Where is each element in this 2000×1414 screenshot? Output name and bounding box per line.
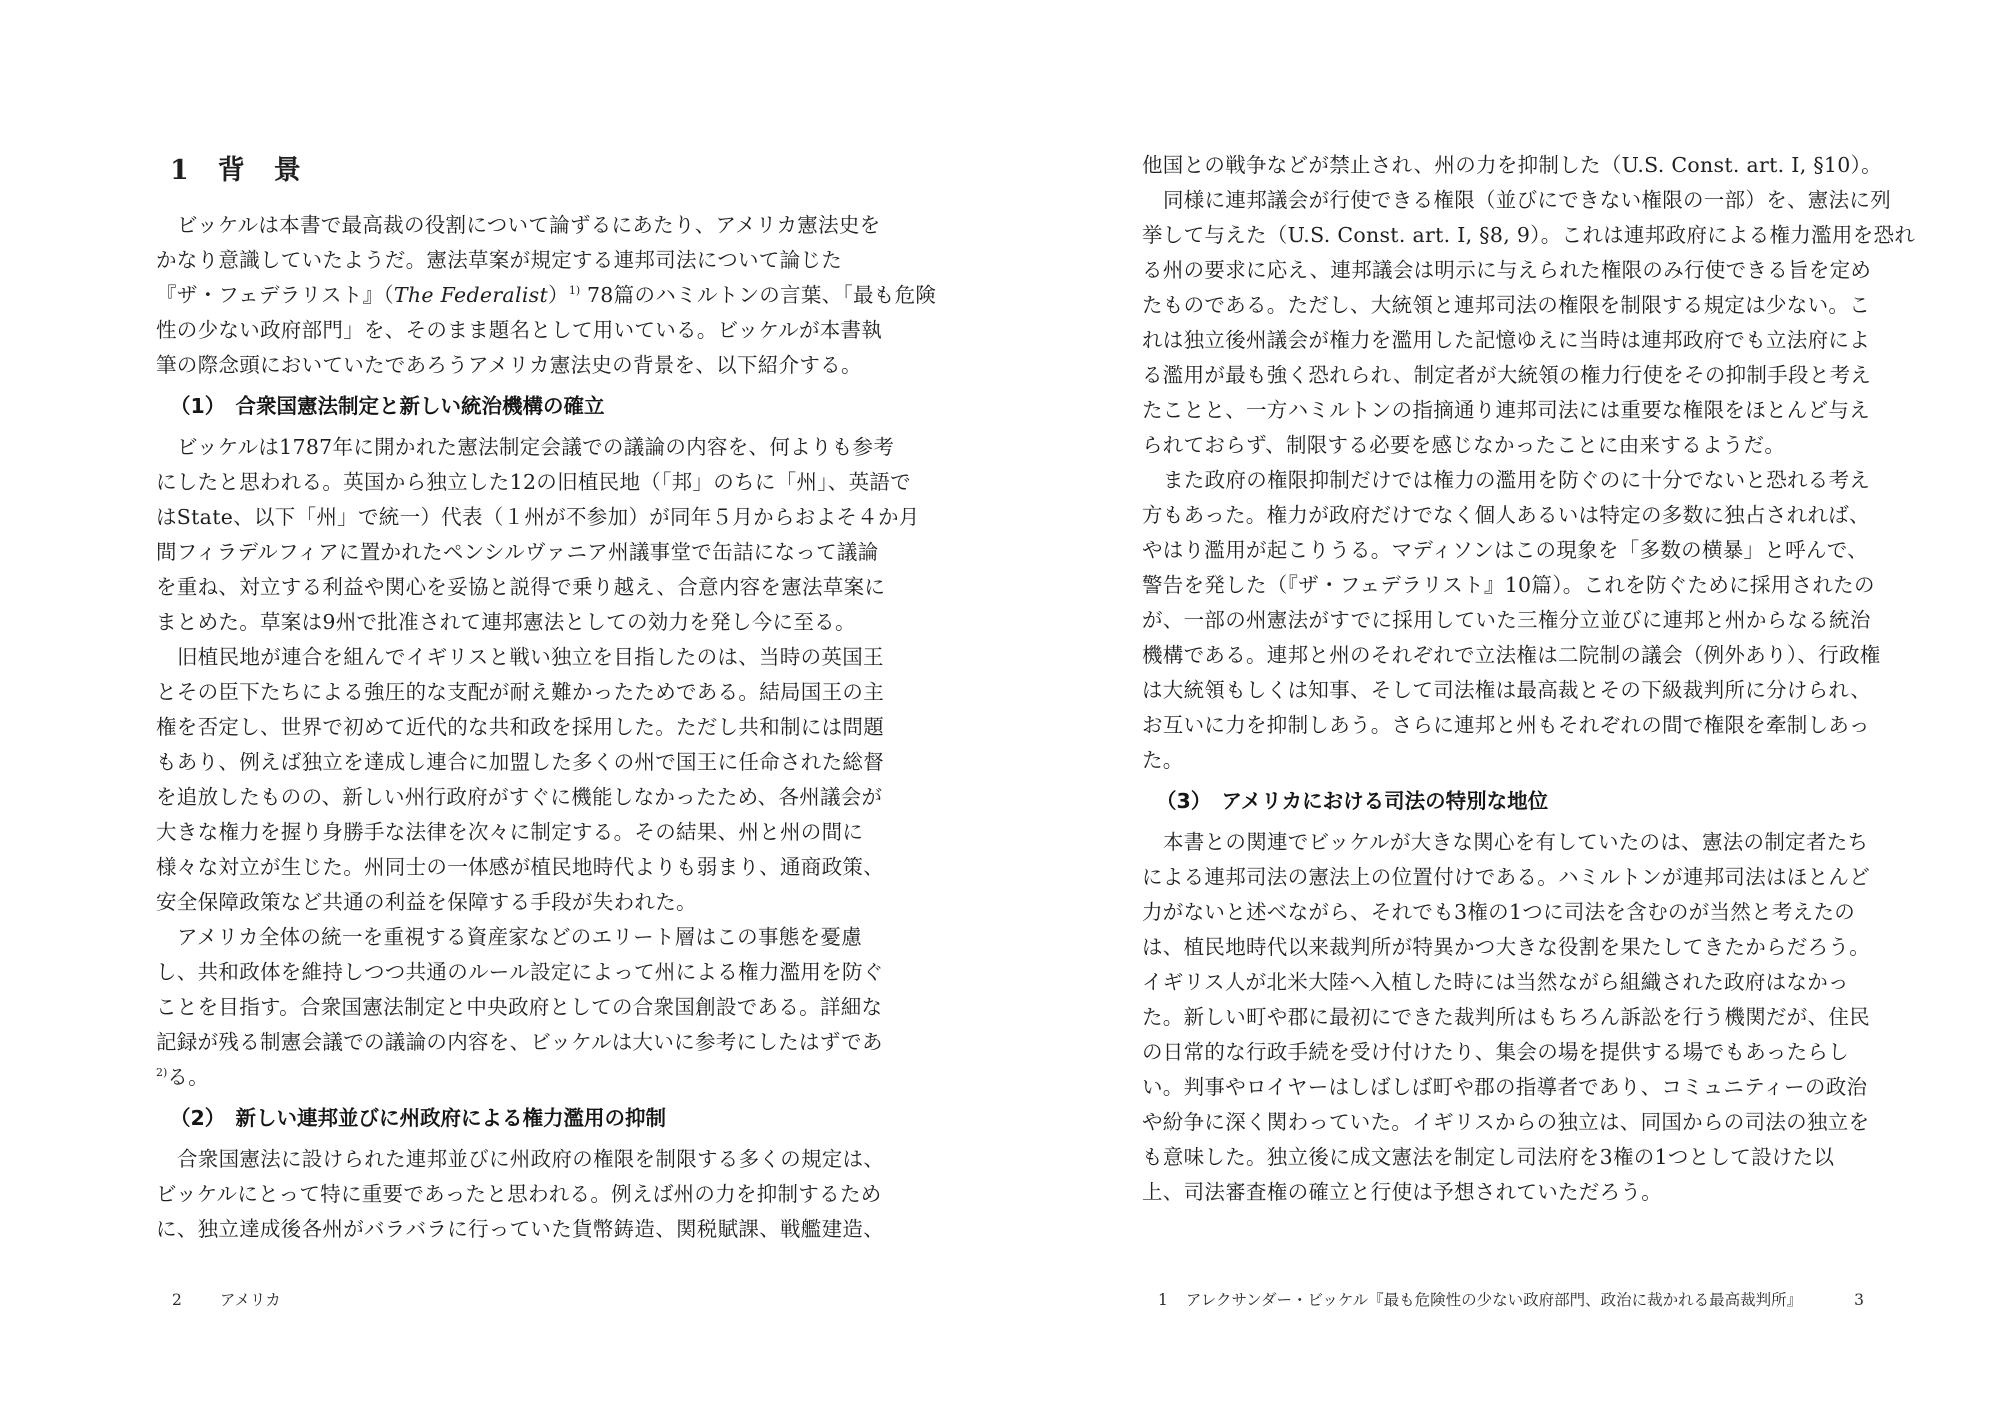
text-line: とその臣下たちによる強圧的な支配が耐え難かったためである。結局国王の主 bbox=[156, 675, 868, 710]
left-page: 1 背 景ビッケルは本書で最高裁の役割について論ずるにあたり、アメリカ憲法史をか… bbox=[156, 152, 868, 1247]
footnote-number: 1 bbox=[1158, 1291, 1168, 1309]
text-line: はState、以下「州」で統一）代表（１州が不参加）が同年５月からおよそ４か月 bbox=[156, 500, 868, 535]
text-line: 大きな権力を握り身勝手な法律を次々に制定する。その結果、州と州の間に bbox=[156, 815, 868, 850]
text-line: やはり濫用が起こりうる。マディソンはこの現象を「多数の横暴」と呼んで、 bbox=[1142, 533, 1864, 568]
text-line: 様々な対立が生じた。州同士の一体感が植民地時代よりも弱まり、通商政策、 bbox=[156, 850, 868, 885]
text-line: 方もあった。権力が政府だけでなく個人あるいは特定の多数に独占されれば、 bbox=[1142, 498, 1864, 533]
text-line: ビッケルは1787年に開かれた憲法制定会議での議論の内容を、何よりも参考 bbox=[156, 430, 868, 465]
text-line: による連邦司法の憲法上の位置付けである。ハミルトンが連邦司法はほとんど bbox=[1142, 860, 1864, 895]
text-line: られておらず、制限する必要を感じなかったことに由来するようだ。 bbox=[1142, 428, 1864, 463]
section-heading: （2） 新しい連邦並びに州政府による権力濫用の抑制 bbox=[170, 1101, 868, 1136]
section-heading: （1） 合衆国憲法制定と新しい統治機構の確立 bbox=[170, 389, 868, 424]
footnote-marker: 1) bbox=[569, 284, 580, 297]
page-number-left: 2 bbox=[172, 1291, 182, 1309]
text-line: を重ね、対立する利益や関心を妥協と説得で乗り越え、合意内容を憲法草案に bbox=[156, 570, 868, 605]
text-line: 警告を発した（『ザ・フェデラリスト』10篇）。これを防ぐために採用されたの bbox=[1142, 568, 1864, 603]
text-line: い。判事やロイヤーはしばしば町や郡の指導者であり、コミュニティーの政治 bbox=[1142, 1070, 1864, 1105]
running-title: アメリカ bbox=[220, 1291, 281, 1309]
text-line: る濫用が最も強く恐れられ、制定者が大統領の権力行使をその抑制手段と考え bbox=[1142, 358, 1864, 393]
text-line: ビッケルにとって特に重要であったと思われる。例えば州の力を抑制するため bbox=[156, 1177, 868, 1212]
italic-text: The Federalist bbox=[394, 283, 548, 307]
text-line: もあり、例えば独立を達成し連合に加盟した多くの州で国王に任命された総督 bbox=[156, 745, 868, 780]
page-number-right: 3 bbox=[1854, 1291, 1864, 1309]
text-run: 78篇のハミルトンの言葉、「最も危険 bbox=[580, 283, 936, 307]
text-line: たことと、一方ハミルトンの指摘通り連邦司法には重要な権限をほとんど与え bbox=[1142, 393, 1864, 428]
section-heading: （3） アメリカにおける司法の特別な地位 bbox=[1156, 784, 1864, 819]
text-line: 安全保障政策など共通の利益を保障する手段が失われた。 bbox=[156, 885, 868, 920]
text-line: 間フィラデルフィアに置かれたペンシルヴァニア州議事堂で缶詰になって議論 bbox=[156, 535, 868, 570]
footnote-marker: 2) bbox=[156, 1066, 167, 1079]
text-line: の日常的な行政手続を受け付けたり、集会の場を提供する場でもあったらし bbox=[1142, 1035, 1864, 1070]
text-line: し、共和政体を維持しつつ共通のルール設定によって州による権力濫用を防ぐ bbox=[156, 955, 868, 990]
text-line: は、植民地時代以来裁判所が特異かつ大きな役割を果たしてきたからだろう。 bbox=[1142, 930, 1864, 965]
text-line: まとめた。草案は9州で批准されて連邦憲法としての効力を発し今に至る。 bbox=[156, 605, 868, 640]
text-line: 上、司法審査権の確立と行使は予想されていただろう。 bbox=[1142, 1175, 1864, 1210]
text-line: にしたと思われる。英国から独立した12の旧植民地（「邦」のちに「州」、英語で bbox=[156, 465, 868, 500]
text-line: を追放したものの、新しい州行政府がすぐに機能しなかったため、各州議会が bbox=[156, 780, 868, 815]
text-line: 2)る。 bbox=[156, 1060, 868, 1095]
text-line: も意味した。独立後に成文憲法を制定し司法府を3権の1つとして設けた以 bbox=[1142, 1140, 1864, 1175]
footnote-text: アレクサンダー・ビッケル『最も危険性の少ない政府部門、政治に裁かれる最高裁判所』 bbox=[1186, 1288, 1842, 1310]
text-line: かなり意識していたようだ。憲法草案が規定する連邦司法について論じた bbox=[156, 243, 868, 278]
text-run: ） bbox=[548, 283, 569, 307]
text-line: お互いに力を抑制しあう。さらに連邦と州もそれぞれの間で権限を牽制しあっ bbox=[1142, 708, 1864, 743]
text-line: 合衆国憲法に設けられた連邦並びに州政府の権限を制限する多くの規定は、 bbox=[156, 1142, 868, 1177]
text-line: れは独立後州議会が権力を濫用した記憶ゆえに当時は連邦政府でも立法府によ bbox=[1142, 323, 1864, 358]
text-line: が、一部の州憲法がすでに採用していた三権分立並びに連邦と州からなる統治 bbox=[1142, 603, 1864, 638]
text-line: る州の要求に応え、連邦議会は明示に与えられた権限のみ行使できる旨を定め bbox=[1142, 253, 1864, 288]
text-run: 『ザ・フェデラリスト』（ bbox=[156, 283, 394, 307]
text-line: また政府の権限抑制だけでは権力の濫用を防ぐのに十分でないと恐れる考え bbox=[1142, 463, 1864, 498]
text-line: や紛争に深く関わっていた。イギリスからの独立は、同国からの司法の独立を bbox=[1142, 1105, 1864, 1140]
text-line: 記録が残る制憲会議での議論の内容を、ビッケルは大いに参考にしたはずであ bbox=[156, 1025, 868, 1060]
text-line: たものである。ただし、大統領と連邦司法の権限を制限する規定は少ない。こ bbox=[1142, 288, 1864, 323]
text-line: 筆の際念頭においていたであろうアメリカ憲法史の背景を、以下紹介する。 bbox=[156, 348, 868, 383]
right-page-footer: 1アレクサンダー・ビッケル『最も危険性の少ない政府部門、政治に裁かれる最高裁判所… bbox=[1158, 1288, 1864, 1310]
text-line: ビッケルは本書で最高裁の役割について論ずるにあたり、アメリカ憲法史を bbox=[156, 208, 868, 243]
right-page: 他国との戦争などが禁止され、州の力を抑制した（U.S. Const. art. … bbox=[1142, 148, 1864, 1210]
left-page-footer: 2アメリカ bbox=[172, 1288, 281, 1310]
text-line: た。新しい町や郡に最初にできた裁判所はもちろん訴訟を行う機関だが、住民 bbox=[1142, 1000, 1864, 1035]
text-line: 機構である。連邦と州のそれぞれで立法権は二院制の議会（例外あり）、行政権 bbox=[1142, 638, 1864, 673]
text-line: 同様に連邦議会が行使できる権限（並びにできない権限の一部）を、憲法に列 bbox=[1142, 183, 1864, 218]
text-line: 他国との戦争などが禁止され、州の力を抑制した（U.S. Const. art. … bbox=[1142, 148, 1864, 183]
text-line: 本書との関連でビッケルが大きな関心を有していたのは、憲法の制定者たち bbox=[1142, 825, 1864, 860]
text-line: 挙して与えた（U.S. Const. art. I, §8, 9）。これは連邦政… bbox=[1142, 218, 1864, 253]
text-line: 『ザ・フェデラリスト』（The Federalist）1) 78篇のハミルトンの… bbox=[156, 278, 868, 313]
text-line: 力がないと述べながら、それでも3権の1つに司法を含むのが当然と考えたの bbox=[1142, 895, 1864, 930]
text-line: 性の少ない政府部門」を、そのまま題名として用いている。ビッケルが本書執 bbox=[156, 313, 868, 348]
text-line: ことを目指す。合衆国憲法制定と中央政府としての合衆国創設である。詳細な bbox=[156, 990, 868, 1025]
text-run: る。 bbox=[167, 1065, 209, 1089]
text-line: に、独立達成後各州がバラバラに行っていた貨幣鋳造、関税賦課、戦艦建造、 bbox=[156, 1212, 868, 1247]
text-line: 権を否定し、世界で初めて近代的な共和政を採用した。ただし共和制には問題 bbox=[156, 710, 868, 745]
text-line: は大統領もしくは知事、そして司法権は最高裁とその下級裁判所に分けられ、 bbox=[1142, 673, 1864, 708]
text-line: た。 bbox=[1142, 743, 1864, 778]
text-line: アメリカ全体の統一を重視する資産家などのエリート層はこの事態を憂慮 bbox=[156, 920, 868, 955]
text-line: 旧植民地が連合を組んでイギリスと戦い独立を目指したのは、当時の英国王 bbox=[156, 640, 868, 675]
text-line: イギリス人が北米大陸へ入植した時には当然ながら組織された政府はなかっ bbox=[1142, 965, 1864, 1000]
chapter-heading: 1 背 景 bbox=[170, 154, 868, 196]
